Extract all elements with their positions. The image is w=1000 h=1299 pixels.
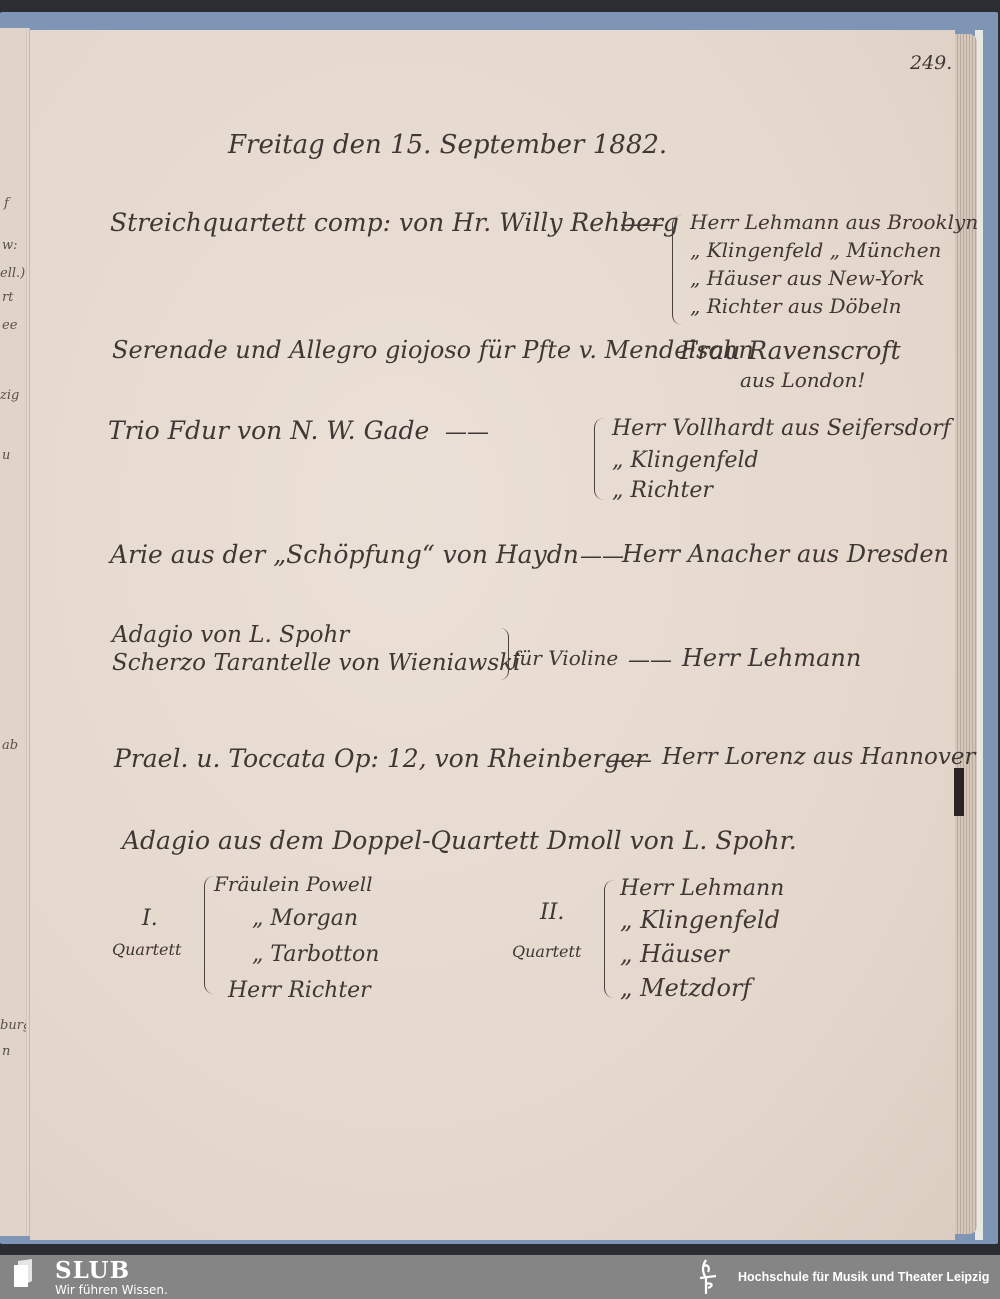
left-page-fragment: ab bbox=[2, 738, 18, 753]
quartet-sublabel: Quartett bbox=[112, 940, 181, 959]
quartet-member: „ Morgan bbox=[252, 906, 358, 931]
page-heading: Freitag den 15. September 1882. bbox=[228, 130, 667, 160]
scan-area: f w: ell.) rt ee zig u ab burg) n 249. F… bbox=[0, 0, 1000, 1255]
quartet-member: Herr Richter bbox=[228, 978, 371, 1003]
left-page-fragment: ee bbox=[2, 318, 17, 333]
left-page-fragment: zig bbox=[0, 388, 19, 403]
performer: aus London! bbox=[740, 368, 865, 392]
left-page-fragment: n bbox=[2, 1044, 10, 1059]
performer: „ Klingenfeld „ München bbox=[690, 238, 941, 262]
entry-piece: Streichquartett comp: von Hr. Willy Rehb… bbox=[110, 208, 679, 237]
performer: „ Richter aus Döbeln bbox=[690, 294, 901, 318]
hmt-logo-icon bbox=[692, 1258, 722, 1296]
page-number: 249. bbox=[910, 52, 952, 74]
entry-instrument: für Violine bbox=[512, 646, 618, 670]
quartet-member: „ Häuser bbox=[620, 940, 729, 968]
performer: Herr Lorenz aus Hannover bbox=[662, 744, 975, 770]
entry-dash: —— bbox=[445, 420, 489, 445]
quartet-member: Herr Lehmann bbox=[620, 876, 784, 901]
quartet-member: Fräulein Powell bbox=[214, 872, 373, 896]
performer: Herr Anacher aus Dresden bbox=[622, 540, 949, 568]
quartet-member: „ Klingenfeld bbox=[620, 906, 780, 934]
entry-piece: Arie aus der „Schöpfung“ von Haydn bbox=[110, 540, 579, 569]
quartet-brace bbox=[604, 880, 615, 998]
performer: „ Häuser aus New-York bbox=[690, 266, 925, 290]
performer: Herr Lehmann bbox=[682, 644, 861, 672]
left-page-fragment: u bbox=[2, 448, 10, 463]
entry-dash: —— bbox=[608, 748, 652, 773]
footer-bar: SLUB Wir führen Wissen. Hochschule für M… bbox=[0, 1255, 1000, 1299]
entry-piece: Adagio von L. Spohr bbox=[112, 622, 349, 648]
entry-piece: Serenade und Allegro giojoso für Pfte v.… bbox=[112, 336, 754, 364]
entry-dash: —— bbox=[628, 648, 672, 673]
slub-logo-text: SLUB bbox=[55, 1257, 130, 1284]
piece-brace bbox=[500, 628, 509, 680]
entry-piece: Trio Fdur von N. W. Gade bbox=[108, 416, 429, 445]
quartet-label: II. bbox=[540, 900, 564, 925]
performer: Herr Vollhardt aus Seifersdorf bbox=[612, 416, 951, 441]
entry-piece: Scherzo Tarantelle von Wieniawski bbox=[112, 650, 520, 676]
performer: „ Richter bbox=[612, 478, 713, 503]
left-page: f w: ell.) rt ee zig u ab burg) n bbox=[0, 28, 28, 1236]
slub-book-icon bbox=[14, 1259, 36, 1287]
left-page-fragment: ell.) bbox=[0, 266, 25, 281]
performer: Frau Ravenscroft bbox=[680, 336, 901, 365]
quartet-member: „ Tarbotton bbox=[252, 942, 379, 967]
quartet-member: „ Metzdorf bbox=[620, 974, 751, 1002]
performer: Herr Lehmann aus Brooklyn bbox=[690, 210, 978, 234]
entry-dash: —— bbox=[620, 212, 664, 237]
performer: „ Klingenfeld bbox=[612, 448, 759, 473]
performer-brace bbox=[672, 215, 683, 325]
entry-dash: —— bbox=[580, 544, 624, 569]
left-page-fragment: w: bbox=[2, 238, 18, 253]
entry-piece: Adagio aus dem Doppel-Quartett Dmoll von… bbox=[122, 826, 797, 855]
quartet-sublabel: Quartett bbox=[512, 942, 581, 961]
hmt-institution-name: Hochschule für Musik und Theater Leipzig bbox=[738, 1270, 989, 1284]
entry-piece: Prael. u. Toccata Op: 12, von Rheinberge… bbox=[114, 744, 647, 773]
slub-tagline: Wir führen Wissen. bbox=[55, 1283, 168, 1297]
left-page-fragment: f bbox=[4, 196, 9, 211]
quartet-label: I. bbox=[142, 906, 158, 931]
performer-brace bbox=[594, 418, 605, 500]
left-page-fragment: rt bbox=[2, 290, 13, 305]
page-tab-marker bbox=[954, 768, 964, 816]
